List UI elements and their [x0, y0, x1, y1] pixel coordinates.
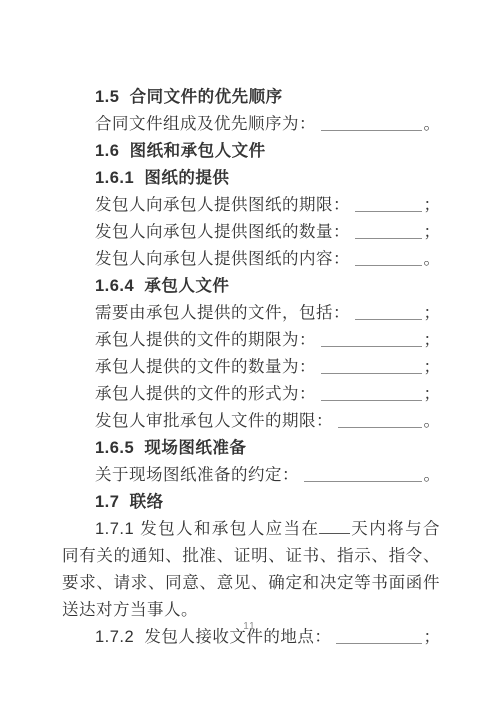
field-drawing-quantity: 发包人向承包人提供图纸的数量： ； [62, 219, 440, 246]
heading-1-6: 1.6 图纸和承包人文件 [62, 138, 440, 165]
field-label: 关于现场图纸准备的约定： [95, 462, 299, 489]
paragraph-text-before: 1.7.1 发包人和承包人应当在 [95, 520, 319, 538]
field-label: 需要由承包人提供的文件，包括： [95, 300, 350, 327]
end-punctuation: ； [424, 192, 441, 219]
end-punctuation: ； [424, 381, 441, 408]
field-label: 合同文件组成及优先顺序为： [95, 111, 316, 138]
contract-document-page: 1.5 合同文件的优先顺序 合同文件组成及优先顺序为： 。 1.6 图纸和承包人… [0, 0, 499, 706]
end-punctuation: ； [424, 327, 441, 354]
fill-in-blank[interactable] [304, 468, 422, 482]
fill-in-blank[interactable] [321, 360, 422, 374]
field-contractor-docs-quantity: 承包人提供的文件的数量为： ； [62, 354, 440, 381]
heading-1-5: 1.5 合同文件的优先顺序 [62, 84, 440, 111]
field-contractor-docs-form: 承包人提供的文件的形式为： ； [62, 381, 440, 408]
fill-in-blank[interactable] [338, 414, 422, 428]
field-docs-approval-deadline: 发包人审批承包人文件的期限： 。 [62, 408, 440, 435]
fill-in-blank[interactable] [355, 306, 422, 320]
fill-in-blank[interactable] [355, 252, 422, 266]
field-label: 发包人向承包人提供图纸的内容： [95, 246, 350, 273]
field-label: 承包人提供的文件的数量为： [95, 354, 316, 381]
end-punctuation: 。 [424, 246, 441, 273]
field-label: 发包人向承包人提供图纸的数量： [95, 219, 350, 246]
end-punctuation: ； [424, 354, 441, 381]
field-site-drawing-agreement: 关于现场图纸准备的约定： 。 [62, 462, 440, 489]
field-label: 发包人向承包人提供图纸的期限： [95, 192, 350, 219]
field-drawing-content: 发包人向承包人提供图纸的内容： 。 [62, 246, 440, 273]
fill-in-blank[interactable] [336, 630, 421, 644]
field-contractor-docs-include: 需要由承包人提供的文件，包括： ； [62, 300, 440, 327]
fill-in-blank[interactable] [355, 225, 422, 239]
document-content: 1.5 合同文件的优先顺序 合同文件组成及优先顺序为： 。 1.6 图纸和承包人… [62, 84, 440, 651]
heading-1-6-1: 1.6.1 图纸的提供 [62, 165, 440, 192]
heading-1-7: 1.7 联络 [62, 489, 440, 516]
fill-in-blank[interactable] [321, 387, 422, 401]
paragraph-1-7-1: 1.7.1 发包人和承包人应当在天内将与合同有关的通知、批准、证明、证书、指示、… [62, 516, 440, 624]
field-drawing-deadline: 发包人向承包人提供图纸的期限： ； [62, 192, 440, 219]
field-label: 承包人提供的文件的形式为： [95, 381, 316, 408]
end-punctuation: ； [424, 300, 441, 327]
field-label: 发包人审批承包人文件的期限： [95, 408, 333, 435]
end-punctuation: 。 [424, 408, 441, 435]
end-punctuation: 。 [424, 111, 441, 138]
heading-1-6-4: 1.6.4 承包人文件 [62, 273, 440, 300]
field-contract-composition: 合同文件组成及优先顺序为： 。 [62, 111, 440, 138]
fill-in-blank[interactable] [321, 333, 422, 347]
fill-in-blank[interactable] [321, 117, 422, 131]
page-number: 11 [0, 621, 499, 632]
end-punctuation: ； [424, 219, 441, 246]
end-punctuation: 。 [424, 462, 441, 489]
field-contractor-docs-deadline: 承包人提供的文件的期限为： ； [62, 327, 440, 354]
heading-1-6-5: 1.6.5 现场图纸准备 [62, 435, 440, 462]
fill-in-blank-days[interactable] [319, 522, 350, 534]
field-label: 承包人提供的文件的期限为： [95, 327, 316, 354]
fill-in-blank[interactable] [355, 198, 422, 212]
